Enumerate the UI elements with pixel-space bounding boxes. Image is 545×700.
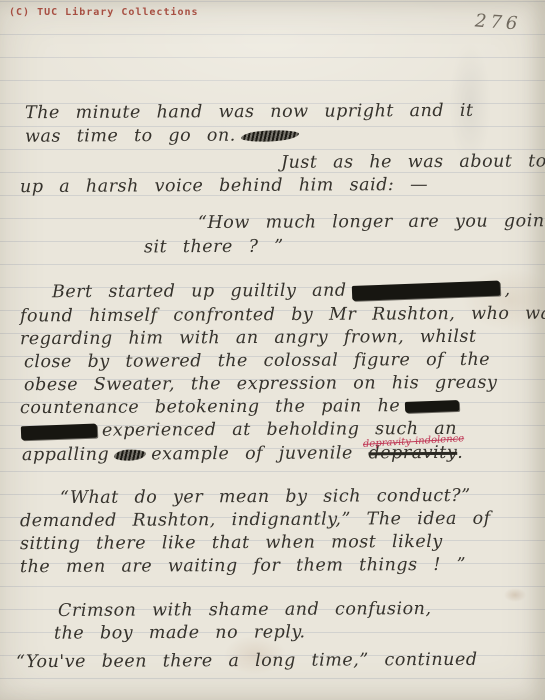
- struck-word-with-annotation: depravity indolencedepravity: [368, 442, 457, 464]
- handwritten-line: sit there ? ”: [144, 236, 284, 259]
- text-segment: was time to go on.: [25, 126, 236, 147]
- handwritten-line: regarding him with an angry frown, whils…: [20, 326, 477, 350]
- redaction-bar: [351, 281, 499, 301]
- scribble-redaction: [114, 449, 146, 461]
- handwritten-line: sitting there like that when most likely: [20, 531, 443, 555]
- handwritten-line: found himself confronted by Mr Rushton, …: [20, 303, 545, 328]
- handwritten-line: the boy made no reply.: [54, 621, 306, 644]
- redaction-bar: [21, 423, 97, 440]
- text-segment: sitting there like that when most likely: [20, 532, 443, 554]
- text-segment: Crimson with shame and confusion,: [58, 599, 432, 621]
- handwritten-line: “How much longer are you going to: [198, 210, 545, 234]
- handwritten-line: The minute hand was now upright and it: [25, 100, 474, 124]
- text-segment: sit there ? ”: [144, 237, 284, 258]
- text-segment: “How much longer are you going to: [198, 211, 545, 233]
- text-segment: “You've been there a long time,” continu…: [16, 650, 478, 672]
- handwritten-line: obese Sweater, the expression on his gre…: [24, 372, 497, 396]
- text-segment: appalling: [22, 445, 109, 465]
- handwritten-line: close by towered the colossal figure of …: [24, 349, 490, 373]
- library-watermark: (C) TUC Library Collections: [9, 7, 199, 18]
- text-segment: obese Sweater, the expression on his gre…: [24, 373, 497, 395]
- text-segment: up a harsh voice behind him said: —: [20, 175, 428, 197]
- text-segment: the boy made no reply.: [54, 622, 306, 643]
- handwritten-line: appallingexample of juvenile depravity i…: [22, 442, 463, 466]
- handwritten-line: Bert started up guiltily and,: [52, 279, 511, 303]
- handwritten-line: the men are waiting for them things ! ”: [20, 554, 466, 578]
- redaction-bar: [405, 400, 459, 413]
- handwritten-line: Just as he was about to get: [281, 150, 545, 174]
- text-segment: found himself confronted by Mr Rushton, …: [20, 304, 545, 327]
- handwritten-line: demanded Rushton, indignantly,” The idea…: [20, 508, 491, 532]
- text-segment: demanded Rushton, indignantly,” The idea…: [20, 509, 491, 531]
- text-segment: close by towered the colossal figure of …: [24, 350, 490, 372]
- handwritten-line: was time to go on.: [25, 124, 304, 147]
- text-segment: the men are waiting for them things ! ”: [20, 555, 466, 577]
- text-segment: The minute hand was now upright and it: [25, 101, 474, 123]
- scribble-redaction: [241, 129, 299, 142]
- text-segment: regarding him with an angry frown, whils…: [20, 327, 477, 349]
- text-segment: Just as he was about to get: [281, 151, 545, 173]
- handwritten-line: countenance betokening the pain he: [20, 395, 464, 419]
- manuscript-page: (C) TUC Library Collections 276 The minu…: [0, 0, 545, 700]
- handwritten-line: up a harsh voice behind him said: —: [20, 174, 428, 198]
- text-segment: “What do yer mean by sich conduct?”: [60, 486, 471, 508]
- handwritten-line: “What do yer mean by sich conduct?”: [60, 485, 471, 509]
- text-segment: ,: [505, 280, 511, 300]
- text-segment: example of juvenile: [151, 443, 368, 464]
- text-segment: countenance betokening the pain he: [20, 396, 400, 418]
- text-segment: Bert started up guiltily and: [52, 281, 347, 303]
- page-number: 276: [474, 10, 522, 34]
- handwritten-line: “You've been there a long time,” continu…: [16, 649, 478, 673]
- handwritten-line: Crimson with shame and confusion,: [58, 598, 432, 622]
